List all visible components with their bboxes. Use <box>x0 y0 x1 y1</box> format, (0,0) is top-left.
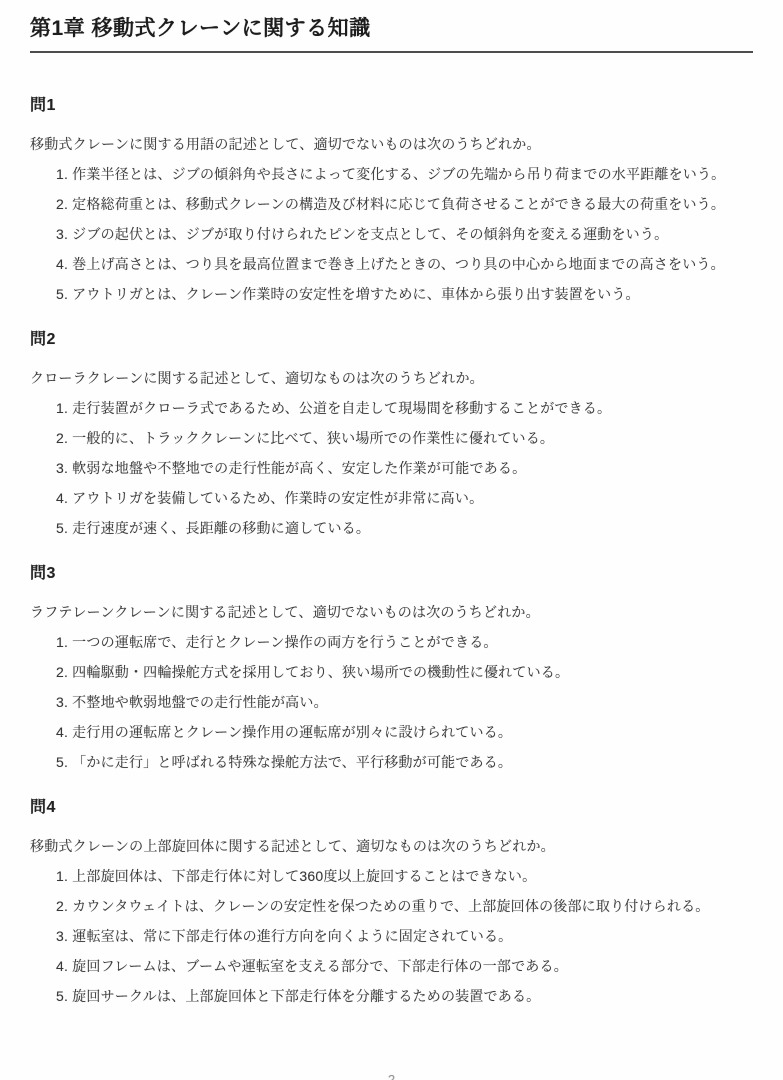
question-1: 問1 移動式クレーンに関する用語の記述として、適切でないものは次のうちどれか。 … <box>30 96 753 303</box>
option-item: 3. 軟弱な地盤や不整地での走行性能が高く、安定した作業が可能である。 <box>56 459 753 477</box>
question-4-options: 1. 上部旋回体は、下部走行体に対して360度以上旋回することはできない。 2.… <box>30 867 753 1005</box>
option-item: 3. 運転室は、常に下部走行体の進行方向を向くように固定されている。 <box>56 927 753 945</box>
option-item: 5. アウトリガとは、クレーン作業時の安定性を増すために、車体から張り出す装置を… <box>56 285 753 303</box>
chapter-title: 第1章 移動式クレーンに関する知識 <box>30 16 753 42</box>
question-2-intro: クローラクレーンに関する記述として、適切なものは次のうちどれか。 <box>30 369 753 387</box>
question-1-intro: 移動式クレーンに関する用語の記述として、適切でないものは次のうちどれか。 <box>30 135 753 153</box>
option-item: 2. カウンタウェイトは、クレーンの安定性を保つための重りで、上部旋回体の後部に… <box>56 897 753 915</box>
question-2-label: 問2 <box>30 330 753 349</box>
option-item: 3. 不整地や軟弱地盤での走行性能が高い。 <box>56 693 753 711</box>
question-3-intro: ラフテレーンクレーンに関する記述として、適切でないものは次のうちどれか。 <box>30 603 753 621</box>
option-item: 1. 上部旋回体は、下部走行体に対して360度以上旋回することはできない。 <box>56 867 753 885</box>
option-item: 5. 走行速度が速く、長距離の移動に適している。 <box>56 519 753 537</box>
question-3-options: 1. 一つの運転席で、走行とクレーン操作の両方を行うことができる。 2. 四輪駆… <box>30 633 753 771</box>
option-item: 1. 走行装置がクローラ式であるため、公道を自走して現場間を移動することができる… <box>56 399 753 417</box>
option-item: 4. 旋回フレームは、ブームや運転室を支える部分で、下部走行体の一部である。 <box>56 957 753 975</box>
question-2-options: 1. 走行装置がクローラ式であるため、公道を自走して現場間を移動することができる… <box>30 399 753 537</box>
question-4: 問4 移動式クレーンの上部旋回体に関する記述として、適切なものは次のうちどれか。… <box>30 798 753 1005</box>
option-item: 4. 巻上げ高さとは、つり具を最高位置まで巻き上げたときの、つり具の中心から地面… <box>56 255 753 273</box>
option-item: 2. 一般的に、トラッククレーンに比べて、狭い場所での作業性に優れている。 <box>56 429 753 447</box>
question-3-label: 問3 <box>30 564 753 583</box>
option-item: 1. 作業半径とは、ジブの傾斜角や長さによって変化する、ジブの先端から吊り荷まで… <box>56 165 753 183</box>
option-item: 2. 定格総荷重とは、移動式クレーンの構造及び材料に応じて負荷させることができる… <box>56 195 753 213</box>
question-4-label: 問4 <box>30 798 753 817</box>
question-3: 問3 ラフテレーンクレーンに関する記述として、適切でないものは次のうちどれか。 … <box>30 564 753 771</box>
document-page: 第1章 移動式クレーンに関する知識 問1 移動式クレーンに関する用語の記述として… <box>0 0 783 1080</box>
question-2: 問2 クローラクレーンに関する記述として、適切なものは次のうちどれか。 1. 走… <box>30 330 753 537</box>
option-item: 5. 「かに走行」と呼ばれる特殊な操舵方法で、平行移動が可能である。 <box>56 753 753 771</box>
question-4-intro: 移動式クレーンの上部旋回体に関する記述として、適切なものは次のうちどれか。 <box>30 837 753 855</box>
option-item: 4. アウトリガを装備しているため、作業時の安定性が非常に高い。 <box>56 489 753 507</box>
option-item: 5. 旋回サークルは、上部旋回体と下部走行体を分離するための装置である。 <box>56 987 753 1005</box>
question-1-options: 1. 作業半径とは、ジブの傾斜角や長さによって変化する、ジブの先端から吊り荷まで… <box>30 165 753 303</box>
option-item: 1. 一つの運転席で、走行とクレーン操作の両方を行うことができる。 <box>56 633 753 651</box>
option-item: 4. 走行用の運転席とクレーン操作用の運転席が別々に設けられている。 <box>56 723 753 741</box>
page-number: 2 <box>388 1072 395 1080</box>
option-item: 2. 四輪駆動・四輪操舵方式を採用しており、狭い場所での機動性に優れている。 <box>56 663 753 681</box>
option-item: 3. ジブの起伏とは、ジブが取り付けられたピンを支点として、その傾斜角を変える運… <box>56 225 753 243</box>
title-divider <box>30 51 753 53</box>
question-1-label: 問1 <box>30 96 753 115</box>
